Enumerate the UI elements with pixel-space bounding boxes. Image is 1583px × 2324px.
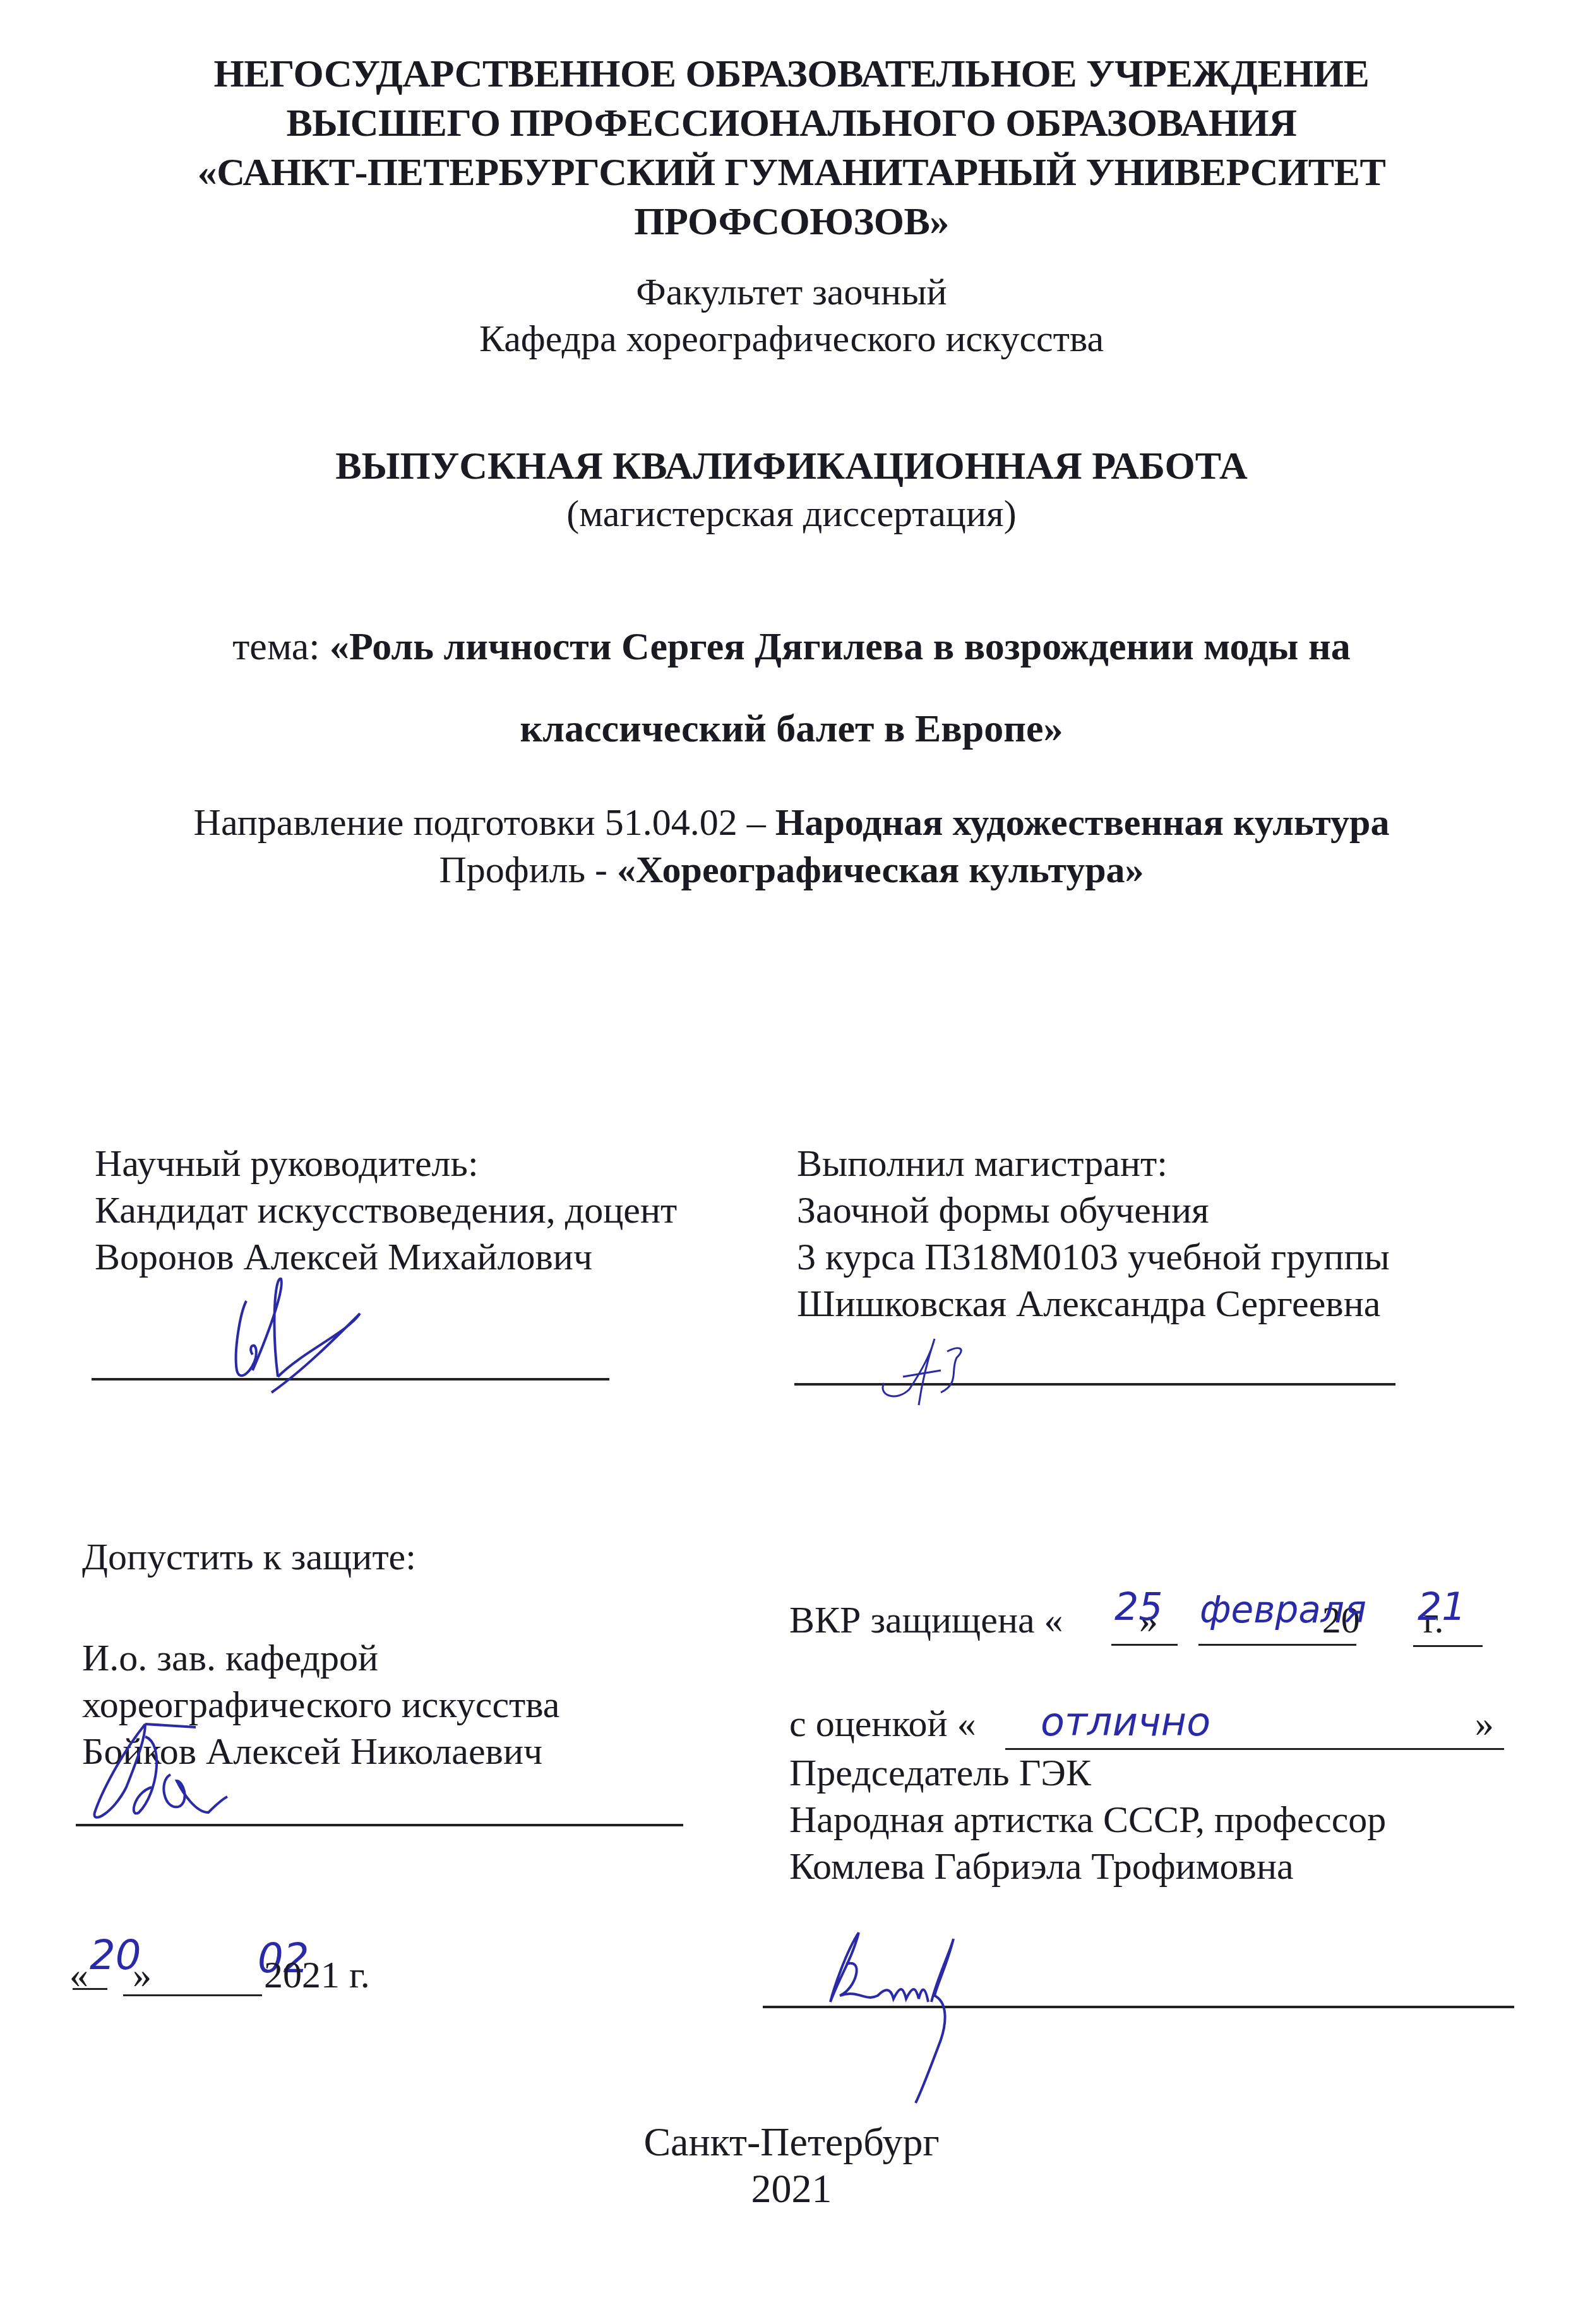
student-label: Выполнил магистрант:: [797, 1140, 1390, 1187]
defense-year-underline: [1413, 1645, 1483, 1647]
footer: Санкт-Петербург 2021: [0, 2119, 1583, 2212]
defense-day: 25: [1114, 1585, 1162, 1629]
city: Санкт-Петербург: [0, 2119, 1583, 2165]
chair-name: Комлева Габриэла Трофимовна: [789, 1843, 1386, 1890]
student-group: 3 курса П318М0103 учебной группы: [797, 1233, 1390, 1280]
month-underline: [123, 1994, 262, 1996]
supervisor-signature-icon: [208, 1276, 398, 1402]
work-subtitle: (магистерская диссертация): [0, 490, 1583, 537]
admission-label: Допустить к защите:: [82, 1533, 416, 1580]
chair-label: Председатель ГЭК: [789, 1749, 1386, 1796]
faculty: Факультет заочный: [0, 268, 1583, 315]
admission-role-1: И.о. зав. кафедрой: [82, 1634, 559, 1681]
defense-prefix: ВКР защищена «: [789, 1599, 1063, 1641]
supervisor-label: Научный руководитель:: [95, 1140, 677, 1187]
supervisor-name: Воронов Алексей Михайлович: [95, 1233, 677, 1280]
direction-name: Народная художественная культура: [775, 801, 1390, 843]
student-name: Шишковская Александра Сергеевна: [797, 1280, 1390, 1327]
direction: Направление подготовки 51.04.02 – Народн…: [0, 799, 1583, 846]
work-title-block: ВЫПУСКНАЯ КВАЛИФИКАЦИОННАЯ РАБОТА (магис…: [0, 442, 1583, 537]
grade-value: отлично: [1041, 1699, 1210, 1745]
work-title: ВЫПУСКНАЯ КВАЛИФИКАЦИОННАЯ РАБОТА: [0, 442, 1583, 490]
chair-title: Народная артистка СССР, профессор: [789, 1796, 1386, 1843]
topic-line-2: классический балет в Европе»: [0, 704, 1583, 753]
supervisor-degree: Кандидат искусствоведения, доцент: [95, 1187, 677, 1233]
admission-day: 20: [90, 1932, 141, 1979]
defense-day-underline: [1111, 1644, 1178, 1646]
defense-month: февраля: [1200, 1588, 1366, 1631]
profile: Профиль - «Хореографическая культура»: [0, 846, 1583, 893]
department: Кафедра хореографического искусства: [0, 315, 1583, 362]
grade-prefix: с оценкой «: [789, 1703, 976, 1744]
header-line-4: ПРОФСОЮЗОВ»: [0, 197, 1583, 246]
grade-suffix: »: [1475, 1703, 1494, 1744]
topic-line-1: тема: «Роль личности Сергея Дягилева в в…: [0, 622, 1583, 671]
profile-name: «Хореографическая культура»: [617, 849, 1144, 890]
profile-prefix: Профиль -: [439, 849, 617, 890]
header-line-3: «САНКТ-ПЕТЕРБУРГСКИЙ ГУМАНИТАРНЫЙ УНИВЕР…: [0, 148, 1583, 197]
student-block: Выполнил магистрант: Заочной формы обуче…: [797, 1140, 1390, 1327]
topic-text-1: «Роль личности Сергея Дягилева в возрожд…: [330, 625, 1351, 668]
direction-prefix: Направление подготовки 51.04.02 –: [194, 801, 775, 843]
head-signature-icon: [76, 1718, 240, 1825]
head-signature-line: [76, 1824, 683, 1826]
student-form: Заочной формы обучения: [797, 1187, 1390, 1233]
day-underline: [73, 1988, 107, 1990]
topic-prefix: тема:: [232, 625, 330, 668]
supervisor-block: Научный руководитель: Кандидат искусство…: [95, 1140, 677, 1280]
header-line-2: ВЫСШЕГО ПРОФЕССИОНАЛЬНОГО ОБРАЗОВАНИЯ: [0, 99, 1583, 148]
faculty-block: Факультет заочный Кафедра хореографическ…: [0, 268, 1583, 362]
admission-year: 2021 г.: [264, 1951, 370, 1998]
institution-header: НЕГОСУДАРСТВЕННОЕ ОБРАЗОВАТЕЛЬНОЕ УЧРЕЖД…: [0, 49, 1583, 246]
chair-signature-icon: [821, 1926, 966, 2103]
defense-year-suffix: 21: [1418, 1585, 1466, 1629]
defense-month-underline: [1198, 1644, 1356, 1646]
chair-block: Председатель ГЭК Народная артистка СССР,…: [789, 1749, 1386, 1890]
header-line-1: НЕГОСУДАРСТВЕННОЕ ОБРАЗОВАТЕЛЬНОЕ УЧРЕЖД…: [0, 49, 1583, 99]
student-signature-icon: [871, 1333, 998, 1408]
footer-year: 2021: [0, 2165, 1583, 2212]
